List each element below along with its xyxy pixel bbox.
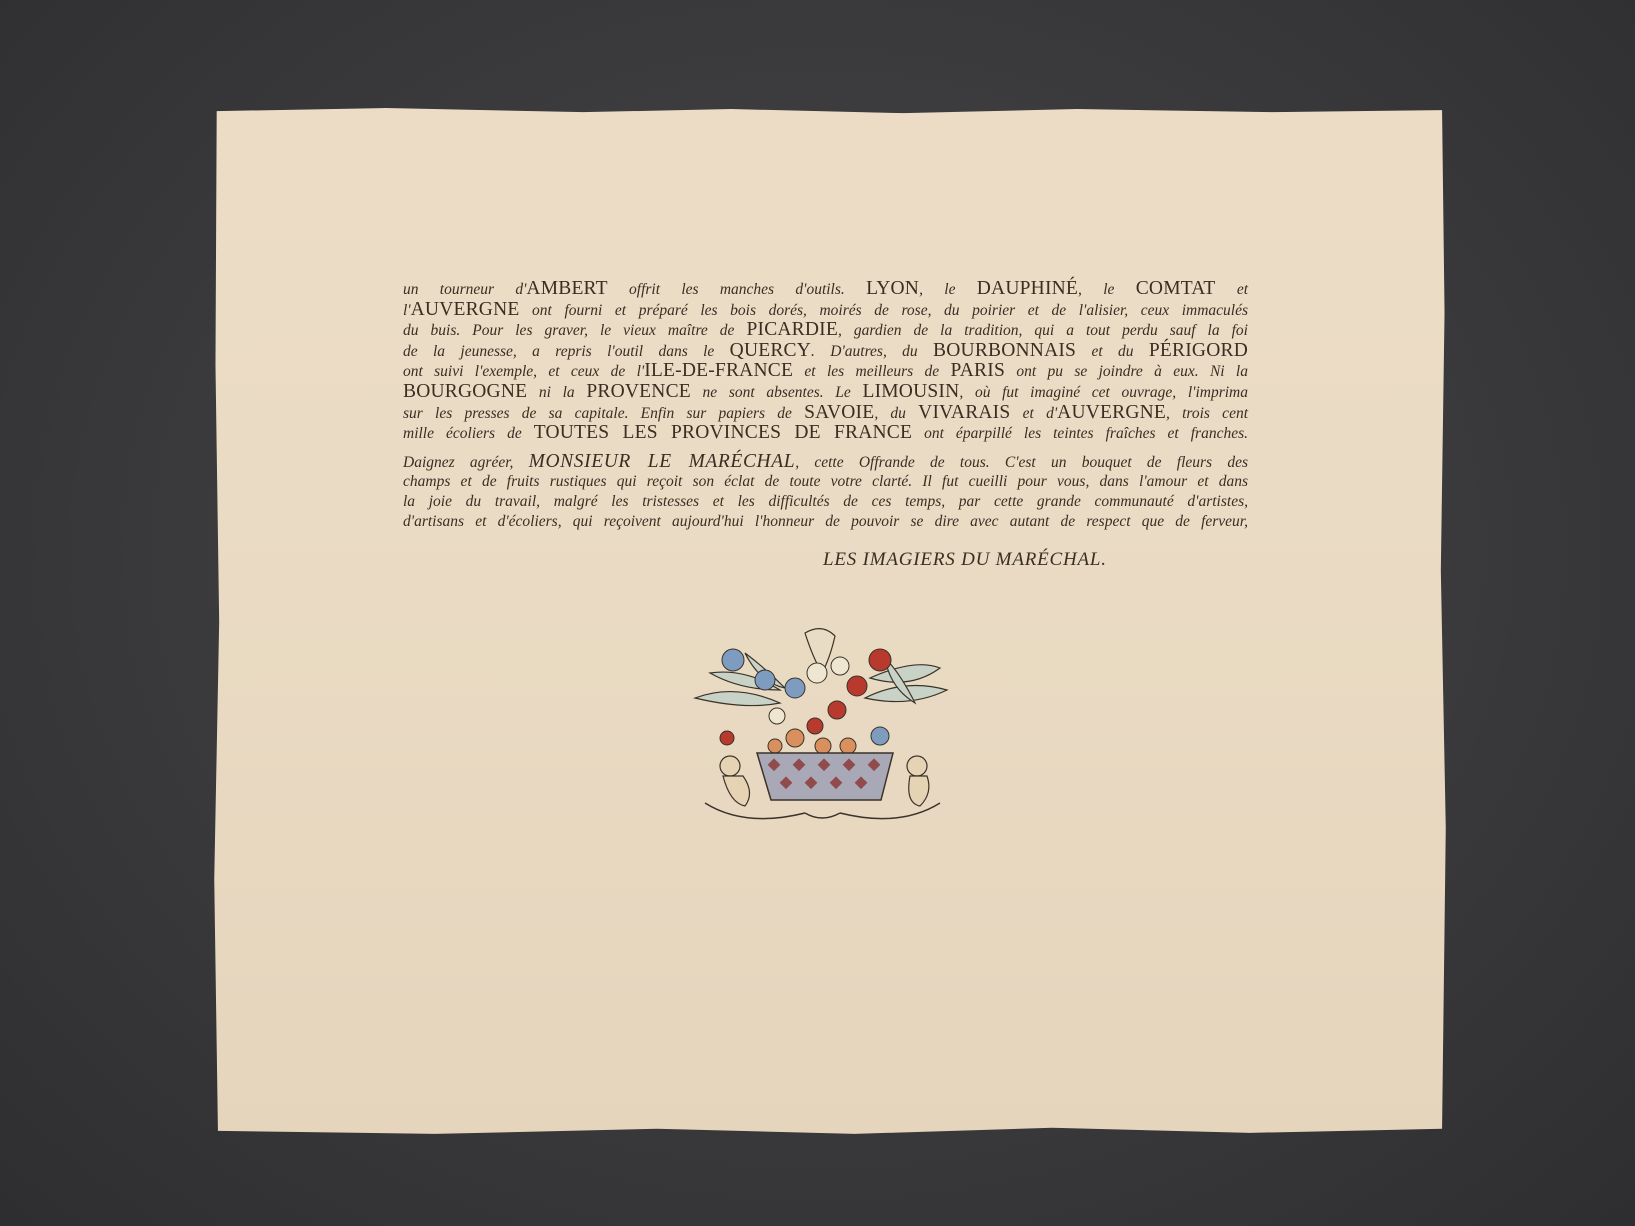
paragraph-dedication: Daignez agréer, MONSIEUR LE MARÉCHAL, ce… bbox=[403, 452, 1248, 531]
italic-text: , gardien de la tradition, qui a tout pe… bbox=[838, 322, 1248, 339]
signature: LES IMAGIERS DU MARÉCHAL. bbox=[823, 549, 1107, 571]
text-line: sur les presses de sa capitale. Enfin su… bbox=[403, 403, 1248, 424]
italic-text: d'artisans et d'écoliers, qui reçoivent … bbox=[403, 513, 1248, 530]
place-name: BOURBONNAIS bbox=[933, 340, 1076, 361]
place-name: PARIS bbox=[951, 360, 1005, 381]
paper-sheet bbox=[213, 107, 1447, 1137]
place-name: ILE-DE-FRANCE bbox=[644, 360, 793, 381]
letter-text: un tourneur d'AMBERT offrit les manches … bbox=[403, 279, 1248, 531]
italic-text: . D'autres, du bbox=[811, 343, 933, 360]
place-name: TOUTES LES PROVINCES DE FRANCE bbox=[534, 422, 912, 443]
place-name: AUVERGNE bbox=[1057, 402, 1166, 423]
place-name: LIMOUSIN bbox=[862, 381, 959, 402]
place-name: COMTAT bbox=[1136, 278, 1216, 299]
italic-text: ont suivi l'exemple, et ceux de l' bbox=[403, 363, 644, 380]
italic-text: et d' bbox=[1010, 405, 1057, 422]
place-name: AUVERGNE bbox=[411, 299, 520, 320]
paragraph-provinces: un tourneur d'AMBERT offrit les manches … bbox=[403, 279, 1248, 444]
italic-text: , trois cent bbox=[1166, 405, 1248, 422]
place-name: LYON bbox=[866, 278, 919, 299]
italic-text: du buis. Pour les graver, le vieux maîtr… bbox=[403, 322, 746, 339]
italic-text: ont fourni et préparé les bois dorés, mo… bbox=[519, 302, 1248, 319]
place-name: SAVOIE bbox=[804, 402, 874, 423]
text-line: de la jeunesse, a repris l'outil dans le… bbox=[403, 341, 1248, 362]
text-line: mille écoliers de TOUTES LES PROVINCES D… bbox=[403, 423, 1248, 444]
italic-text: , où fut imaginé cet ouvrage, l'imprima bbox=[959, 384, 1248, 401]
italic-text: ont pu se joindre à eux. Ni la bbox=[1005, 363, 1248, 380]
italic-text: sur les presses de sa capitale. Enfin su… bbox=[403, 405, 804, 422]
italic-text: champs et de fruits rustiques qui reçoit… bbox=[403, 473, 1248, 490]
text-line: du buis. Pour les graver, le vieux maîtr… bbox=[403, 320, 1248, 341]
text-line: la joie du travail, malgré les tristesse… bbox=[403, 492, 1248, 512]
text-line: ont suivi l'exemple, et ceux de l'ILE-DE… bbox=[403, 361, 1248, 382]
place-name: BOURGOGNE bbox=[403, 381, 527, 402]
italic-text: ne sont absentes. Le bbox=[691, 384, 863, 401]
place-name: PICARDIE bbox=[746, 319, 838, 340]
italic-text: , du bbox=[874, 405, 918, 422]
italic-text: et bbox=[1216, 281, 1249, 298]
place-name: MONSIEUR LE MARÉCHAL bbox=[529, 451, 796, 472]
italic-text: et du bbox=[1076, 343, 1149, 360]
flower-basket-vignette-icon bbox=[685, 628, 960, 828]
text-line: BOURGOGNE ni la PROVENCE ne sont absente… bbox=[403, 382, 1248, 403]
place-name: VIVARAIS bbox=[918, 402, 1010, 423]
text-line: Daignez agréer, MONSIEUR LE MARÉCHAL, ce… bbox=[403, 452, 1248, 473]
italic-text: mille écoliers de bbox=[403, 425, 534, 442]
italic-text: un tourneur d' bbox=[403, 281, 526, 298]
place-name: AMBERT bbox=[526, 278, 607, 299]
italic-text: , le bbox=[1078, 281, 1136, 298]
italic-text: ni la bbox=[527, 384, 586, 401]
italic-text: et les meilleurs de bbox=[793, 363, 950, 380]
italic-text: offrit les manches d'outils. bbox=[608, 281, 866, 298]
place-name: PROVENCE bbox=[586, 381, 691, 402]
place-name: DAUPHINÉ bbox=[977, 278, 1078, 299]
italic-text: , cette Offrande de tous. C'est un bouqu… bbox=[795, 454, 1248, 471]
place-name: PÉRIGORD bbox=[1149, 340, 1248, 361]
text-line: champs et de fruits rustiques qui reçoit… bbox=[403, 472, 1248, 492]
italic-text: l' bbox=[403, 302, 411, 319]
italic-text: Daignez agréer, bbox=[403, 454, 529, 471]
place-name: QUERCY bbox=[730, 340, 811, 361]
text-line: un tourneur d'AMBERT offrit les manches … bbox=[403, 279, 1248, 300]
italic-text: ont éparpillé les teintes fraîches et fr… bbox=[912, 425, 1248, 442]
text-line: d'artisans et d'écoliers, qui reçoivent … bbox=[403, 512, 1248, 532]
text-line: l'AUVERGNE ont fourni et préparé les boi… bbox=[403, 300, 1248, 321]
italic-text: de la jeunesse, a repris l'outil dans le bbox=[403, 343, 730, 360]
italic-text: la joie du travail, malgré les tristesse… bbox=[403, 493, 1248, 510]
italic-text: , le bbox=[919, 281, 977, 298]
